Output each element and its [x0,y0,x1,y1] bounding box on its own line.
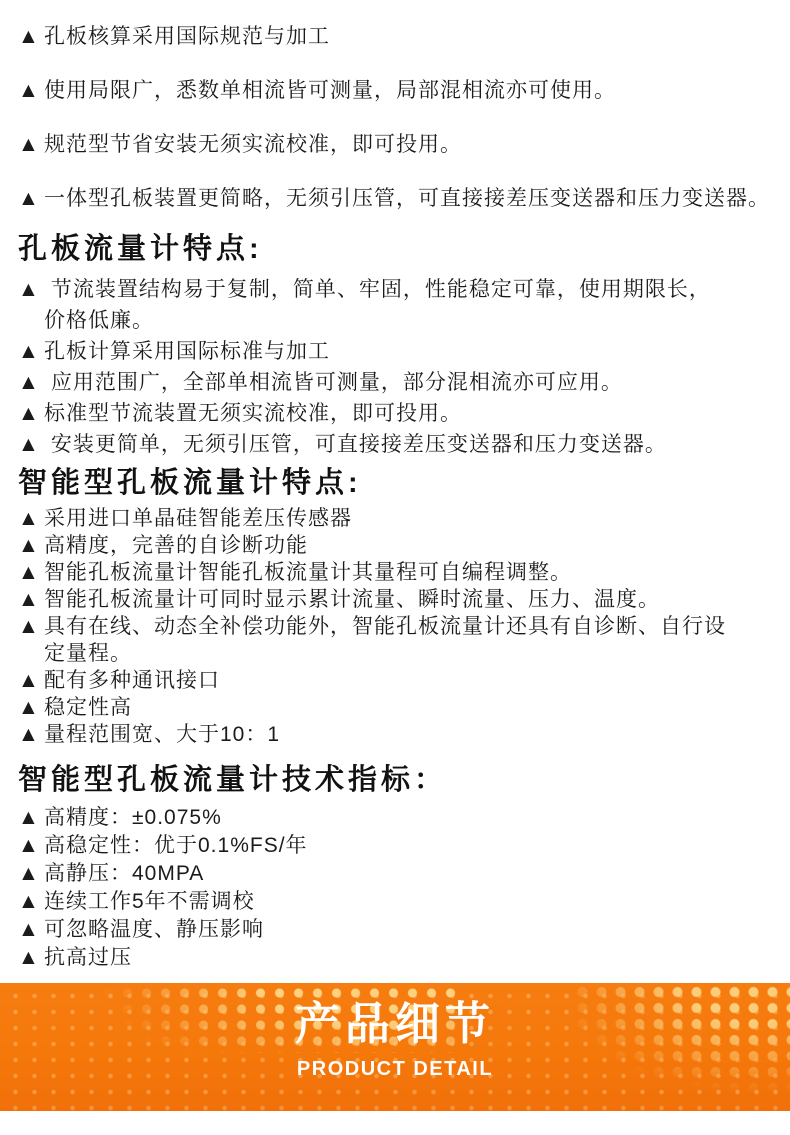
triangle-bullet-icon: ▲ [18,429,44,460]
feature-item: ▲ 安装更简单，无须引压管，可直接接差压变送器和压力变送器。 [18,429,775,460]
triangle-bullet-icon: ▲ [18,586,44,613]
feature-item: ▲抗高过压 [18,944,775,972]
feature-item-text: 智能孔板流量计智能孔板流量计其量程可自编程调整。 [44,559,775,586]
feature-item: ▲稳定性高 [18,694,775,721]
feature-item-text: 配有多种通讯接口 [44,667,775,694]
feature-item: ▲具有在线、动态全补偿功能外，智能孔板流量计还具有自诊断、自行设 定量程。 [18,613,775,667]
triangle-bullet-icon: ▲ [18,888,44,916]
feature-item-text: 连续工作5年不需调校 [44,888,775,916]
triangle-bullet-icon: ▲ [18,367,44,398]
feature-item-text: 具有在线、动态全补偿功能外，智能孔板流量计还具有自诊断、自行设 定量程。 [44,613,775,667]
banner-title: 产品细节 [0,998,790,1050]
feature-item-text: 标准型节流装置无须实流校准，即可投用。 [44,398,775,429]
feature-item-text: 安装更简单，无须引压管，可直接接差压变送器和压力变送器。 [44,429,775,460]
triangle-bullet-icon: ▲ [18,694,44,721]
feature-item: ▲ 应用范围广，全部单相流皆可测量，部分混相流亦可应用。 [18,367,775,398]
feature-item: ▲智能孔板流量计智能孔板流量计其量程可自编程调整。 [18,559,775,586]
feature-item: ▲连续工作5年不需调校 [18,888,775,916]
orifice-features-list: ▲ 节流装置结构易于复制，简单、牢固，性能稳定可靠，使用期限长， 价格低廉。▲孔… [18,274,775,460]
feature-item-text: 智能孔板流量计可同时显示累计流量、瞬时流量、压力、温度。 [44,586,775,613]
feature-item-text: 量程范围宽、大于10：1 [44,721,775,748]
section-title-orifice-features: 孔板流量计特点: [18,233,775,265]
triangle-bullet-icon: ▲ [18,721,44,748]
feature-item-text: 孔板核算采用国际规范与加工 [44,25,775,49]
feature-item: ▲智能孔板流量计可同时显示累计流量、瞬时流量、压力、温度。 [18,586,775,613]
feature-item-text: 应用范围广，全部单相流皆可测量，部分混相流亦可应用。 [44,367,775,398]
triangle-bullet-icon: ▲ [18,336,44,367]
triangle-bullet-icon: ▲ [18,832,44,860]
feature-item: ▲高精度，完善的自诊断功能 [18,532,775,559]
intro-feature-list: ▲孔板核算采用国际规范与加工▲使用局限广，悉数单相流皆可测量，局部混相流亦可使用… [18,25,775,211]
triangle-bullet-icon: ▲ [18,25,44,49]
technical-specs-list: ▲高精度：±0.075%▲高稳定性：优于0.1%FS/年▲高静压：40MPA▲连… [18,804,775,972]
feature-item-text: 孔板计算采用国际标准与加工 [44,336,775,367]
feature-item: ▲一体型孔板装置更简略，无须引压管，可直接接差压变送器和压力变送器。 [18,187,775,211]
triangle-bullet-icon: ▲ [18,505,44,532]
feature-item-text: 稳定性高 [44,694,775,721]
smart-features-list: ▲采用进口单晶硅智能差压传感器▲高精度，完善的自诊断功能▲智能孔板流量计智能孔板… [18,505,775,748]
section-title-technical-specs: 智能型孔板流量计技术指标： [18,764,775,796]
triangle-bullet-icon: ▲ [18,532,44,559]
feature-item: ▲可忽略温度、静压影响 [18,916,775,944]
triangle-bullet-icon: ▲ [18,613,44,640]
feature-item-text: 采用进口单晶硅智能差压传感器 [44,505,775,532]
feature-item: ▲ 节流装置结构易于复制，简单、牢固，性能稳定可靠，使用期限长， 价格低廉。 [18,274,775,336]
feature-item: ▲规范型节省安装无须实流校准，即可投用。 [18,133,775,157]
feature-item-text: 高精度：±0.075% [44,804,775,832]
product-description-page: ▲孔板核算采用国际规范与加工▲使用局限广，悉数单相流皆可测量，局部混相流亦可使用… [0,0,790,1135]
feature-item-text: 可忽略温度、静压影响 [44,916,775,944]
product-detail-banner: 产品细节 PRODUCT DETAIL [0,983,790,1111]
triangle-bullet-icon: ▲ [18,187,44,211]
feature-item-text: 高精度，完善的自诊断功能 [44,532,775,559]
feature-item: ▲使用局限广，悉数单相流皆可测量，局部混相流亦可使用。 [18,79,775,103]
triangle-bullet-icon: ▲ [18,79,44,103]
content-area: ▲孔板核算采用国际规范与加工▲使用局限广，悉数单相流皆可测量，局部混相流亦可使用… [0,0,790,972]
triangle-bullet-icon: ▲ [18,944,44,972]
feature-item-text: 节流装置结构易于复制，简单、牢固，性能稳定可靠，使用期限长， 价格低廉。 [44,274,775,336]
triangle-bullet-icon: ▲ [18,559,44,586]
feature-item: ▲高稳定性：优于0.1%FS/年 [18,832,775,860]
banner-subtitle: PRODUCT DETAIL [0,1058,790,1080]
feature-item: ▲高精度：±0.075% [18,804,775,832]
feature-item-text: 高静压：40MPA [44,860,775,888]
feature-item-text: 高稳定性：优于0.1%FS/年 [44,832,775,860]
feature-item-text: 一体型孔板装置更简略，无须引压管，可直接接差压变送器和压力变送器。 [44,187,775,211]
triangle-bullet-icon: ▲ [18,667,44,694]
feature-item: ▲量程范围宽、大于10：1 [18,721,775,748]
feature-item: ▲采用进口单晶硅智能差压传感器 [18,505,775,532]
feature-item: ▲孔板核算采用国际规范与加工 [18,25,775,49]
feature-item: ▲标准型节流装置无须实流校准，即可投用。 [18,398,775,429]
feature-item-text: 抗高过压 [44,944,775,972]
section-title-smart-features: 智能型孔板流量计特点: [18,467,775,499]
triangle-bullet-icon: ▲ [18,274,44,305]
triangle-bullet-icon: ▲ [18,916,44,944]
triangle-bullet-icon: ▲ [18,804,44,832]
banner-text-block: 产品细节 PRODUCT DETAIL [0,998,790,1080]
triangle-bullet-icon: ▲ [18,398,44,429]
feature-item-text: 使用局限广，悉数单相流皆可测量，局部混相流亦可使用。 [44,79,775,103]
feature-item-text: 规范型节省安装无须实流校准，即可投用。 [44,133,775,157]
feature-item: ▲孔板计算采用国际标准与加工 [18,336,775,367]
triangle-bullet-icon: ▲ [18,133,44,157]
feature-item: ▲高静压：40MPA [18,860,775,888]
triangle-bullet-icon: ▲ [18,860,44,888]
feature-item: ▲配有多种通讯接口 [18,667,775,694]
